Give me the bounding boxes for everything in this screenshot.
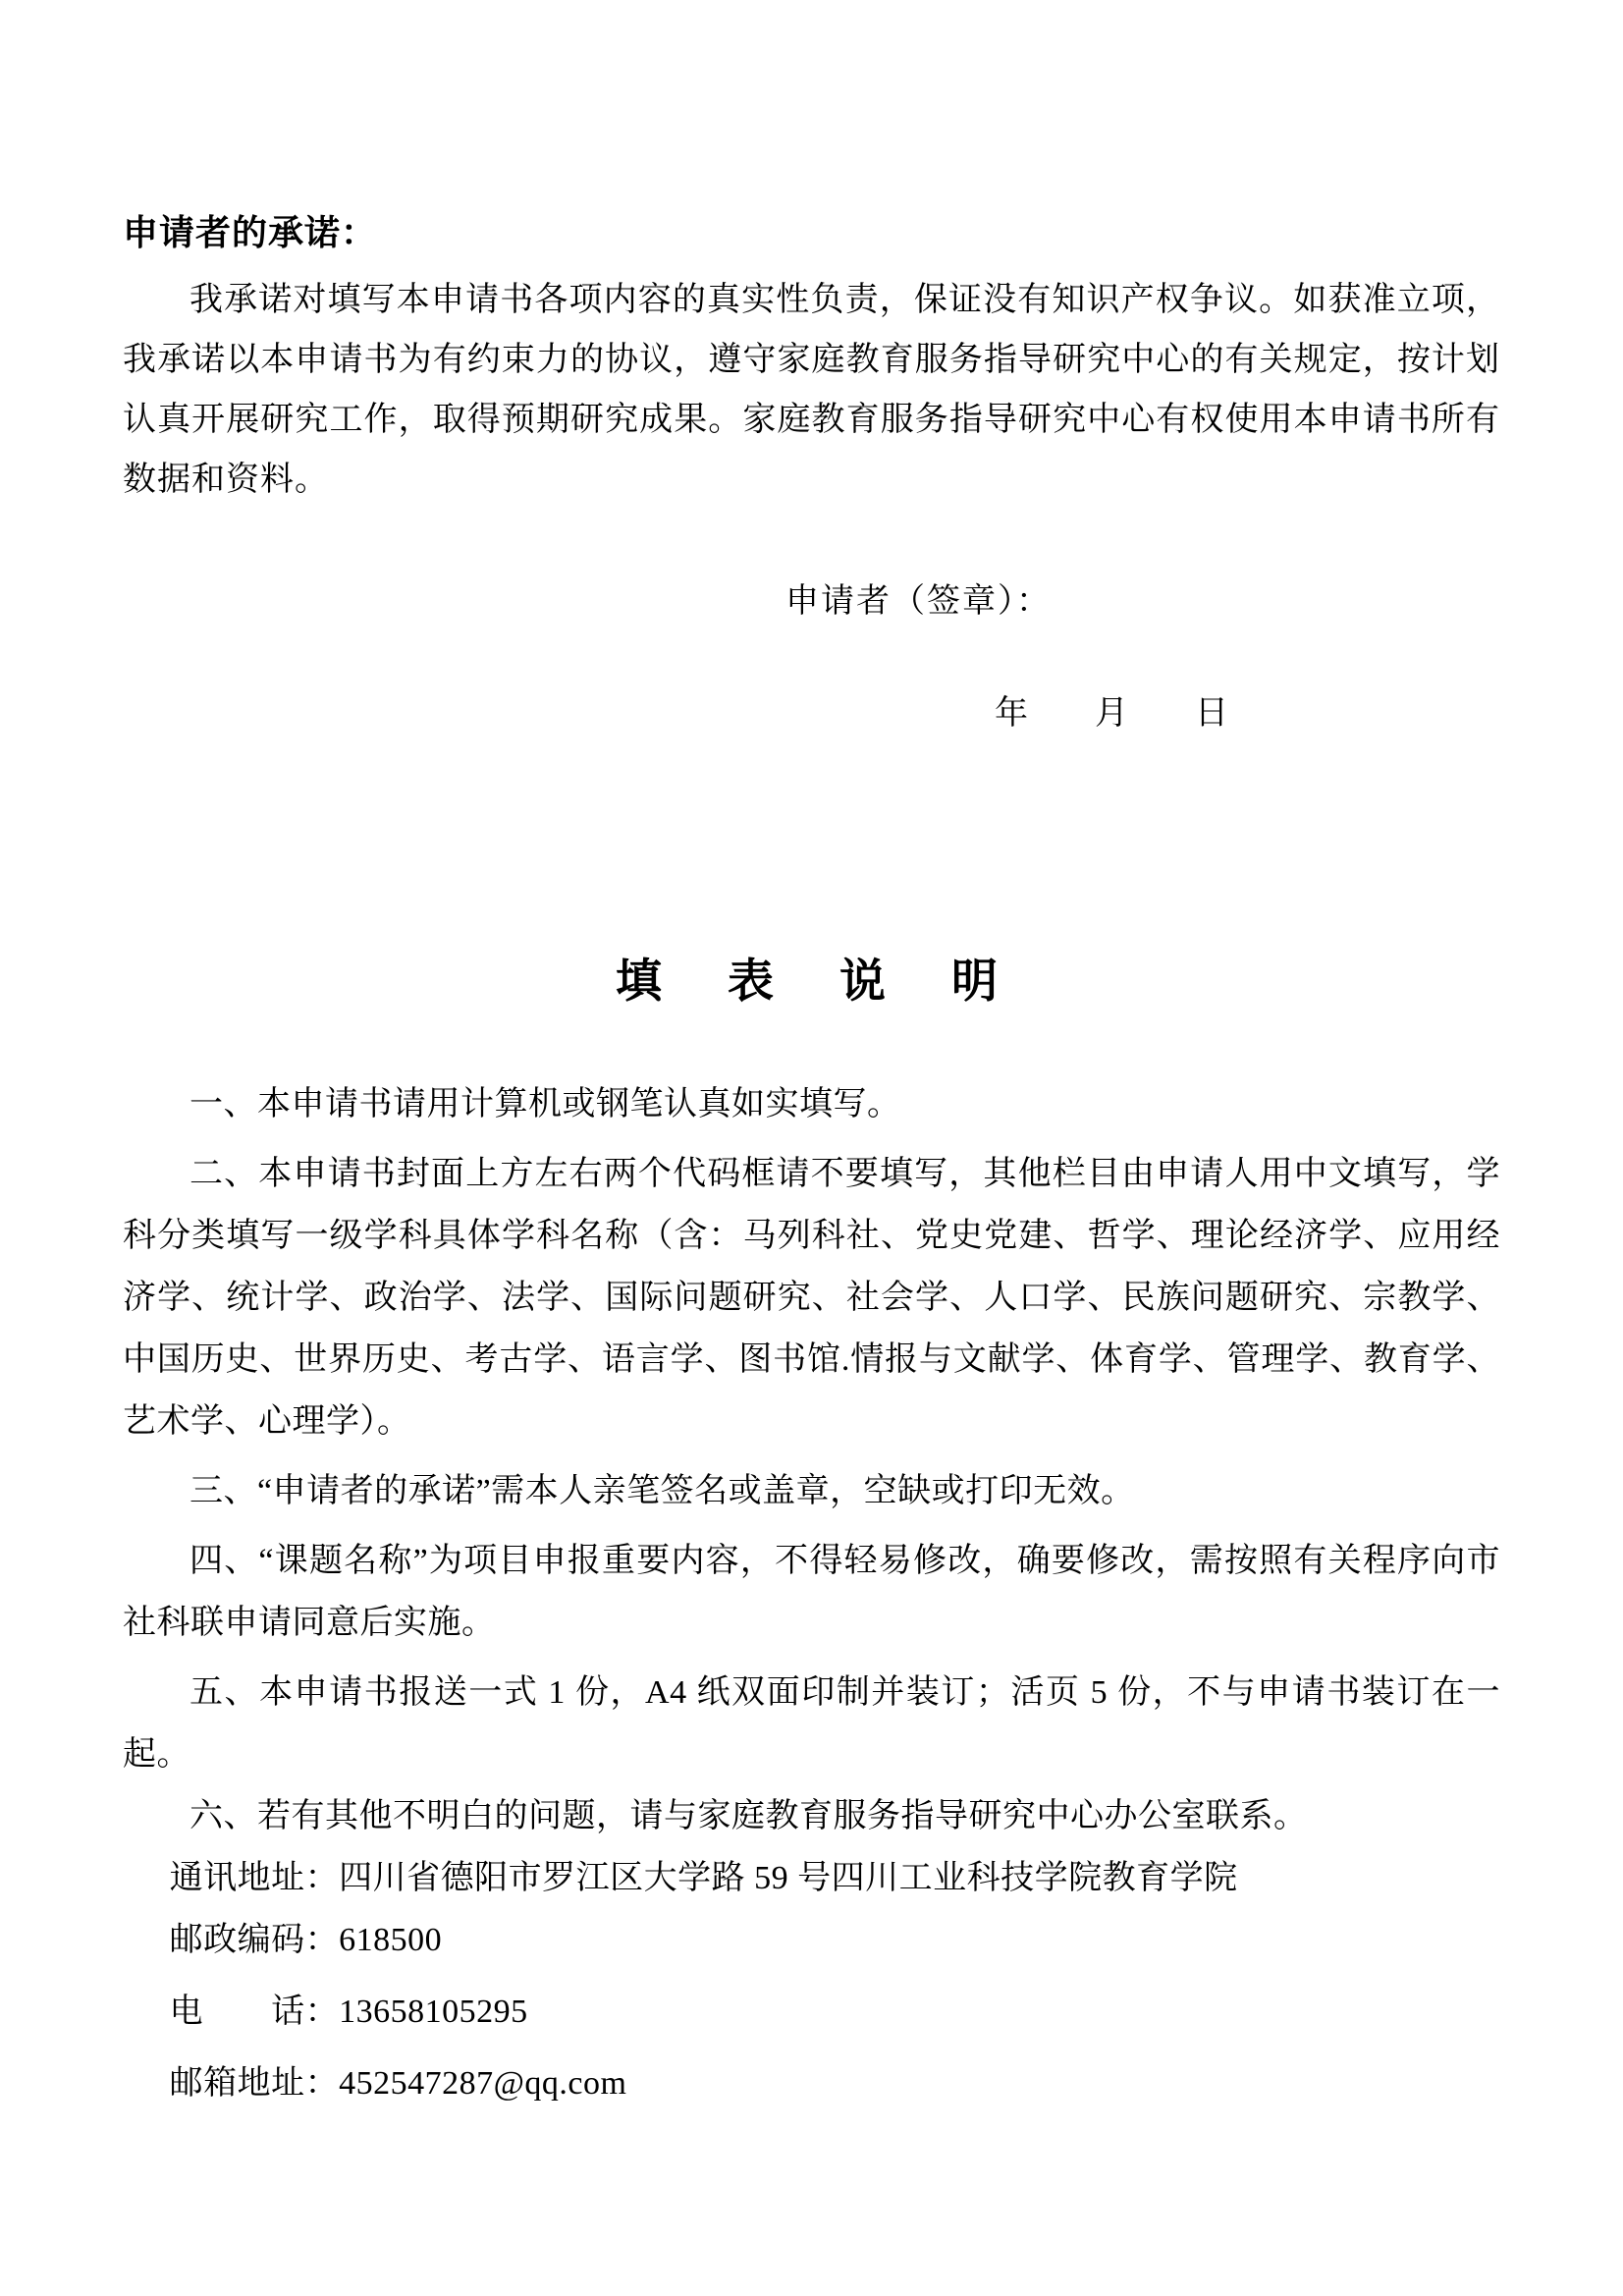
commitment-heading: 申请者的承诺： — [123, 211, 1500, 254]
date-line: 年 月 日 — [995, 692, 1500, 736]
contact-value-postcode: 618500 — [339, 1922, 442, 1958]
contact-label-address: 通讯地址： — [170, 1860, 340, 1896]
commitment-body-paragraph: 我承诺对填写本申请书各项内容的真实性负责，保证没有知识产权争议。如获准立项，我承… — [123, 270, 1500, 510]
signature-label: 申请者（签章）： — [785, 580, 1500, 624]
instructions-list: 一、本申请书请用计算机或钢笔认真如实填写。 二、本申请书封面上方左右两个代码框请… — [123, 1073, 1500, 1847]
contact-line-email: 邮箱地址：452547287@qq.com — [123, 2052, 1500, 2114]
instruction-item-5: 五、本申请书报送一式 1 份，A4 纸双面印制并装订；活页 5 份，不与申请书装… — [123, 1662, 1500, 1785]
document-page: 申请者的承诺： 我承诺对填写本申请书各项内容的真实性负责，保证没有知识产权争议。… — [0, 0, 1623, 2296]
instruction-item-3: 三、“申请者的承诺”需本人亲笔签名或盖章，空缺或打印无效。 — [123, 1460, 1500, 1522]
contact-value-email: 452547287@qq.com — [339, 2065, 626, 2102]
contact-line-phone: 电 话：13658105295 — [123, 1981, 1500, 2043]
contact-value-phone: 13658105295 — [339, 1994, 528, 2030]
contact-value-address: 四川省德阳市罗江区大学路 59 号四川工业科技学院教育学院 — [339, 1860, 1238, 1896]
contact-line-address: 通讯地址：四川省德阳市罗江区大学路 59 号四川工业科技学院教育学院 — [123, 1847, 1500, 1909]
contact-block: 通讯地址：四川省德阳市罗江区大学路 59 号四川工业科技学院教育学院 邮政编码：… — [123, 1847, 1500, 2114]
contact-label-postcode: 邮政编码： — [170, 1922, 340, 1958]
contact-label-phone: 电 话： — [170, 1994, 340, 2030]
instruction-item-2: 二、本申请书封面上方左右两个代码框请不要填写，其他栏目由申请人用中文填写，学科分… — [123, 1143, 1500, 1452]
contact-line-postcode: 邮政编码：618500 — [123, 1909, 1500, 1971]
instruction-item-6: 六、若有其他不明白的问题，请与家庭教育服务指导研究中心办公室联系。 — [123, 1785, 1500, 1847]
instruction-item-1: 一、本申请书请用计算机或钢笔认真如实填写。 — [123, 1073, 1500, 1135]
contact-label-email: 邮箱地址： — [170, 2065, 340, 2102]
instruction-item-4: 四、“课题名称”为项目申报重要内容，不得轻易修改，确要修改，需按照有关程序向市社… — [123, 1530, 1500, 1654]
instructions-title: 填 表 说 明 — [123, 954, 1500, 1009]
